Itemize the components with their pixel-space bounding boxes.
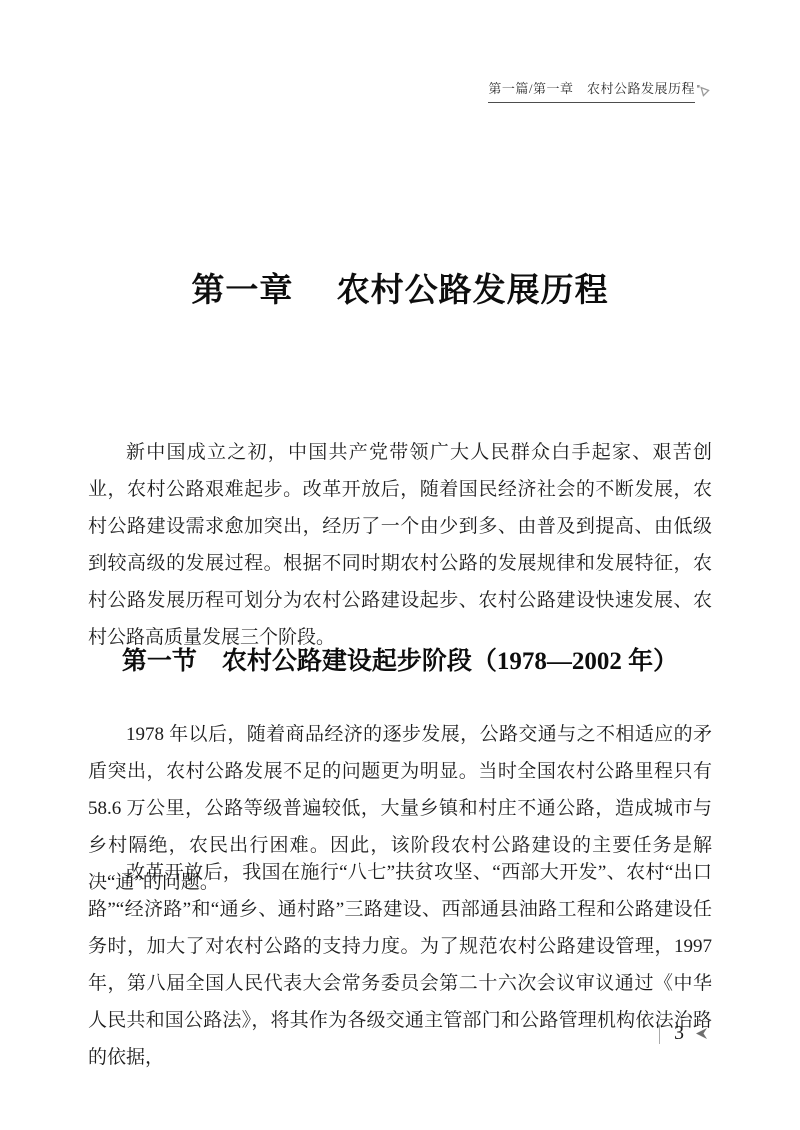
breadcrumb: 第一篇/第一章 农村公路发展历程 [488, 80, 695, 103]
section-paragraph-2: 改革开放后，我国在施行“八七”扶贫攻坚、“西部大开发”、农村“出口路”“经济路”… [88, 854, 712, 1076]
intro-paragraph: 新中国成立之初，中国共产党带领广大人民群众白手起家、艰苦创业，农村公路艰难起步。… [88, 434, 712, 656]
page-footer: 3 [659, 1022, 708, 1045]
page-number: 3 [674, 1022, 684, 1045]
book-page: 第一篇/第一章 农村公路发展历程 第一章 农村公路发展历程 新中国成立之初，中国… [0, 0, 800, 1130]
section-heading: 第一节 农村公路建设起步阶段（1978—2002 年） [0, 645, 800, 679]
footer-divider [659, 1024, 660, 1044]
running-header: 第一篇/第一章 农村公路发展历程 [488, 80, 710, 103]
chapter-title: 第一章 农村公路发展历程 [0, 270, 800, 312]
footer-left-arrow-icon [696, 1028, 708, 1039]
page-turn-arrow-icon [696, 83, 710, 102]
